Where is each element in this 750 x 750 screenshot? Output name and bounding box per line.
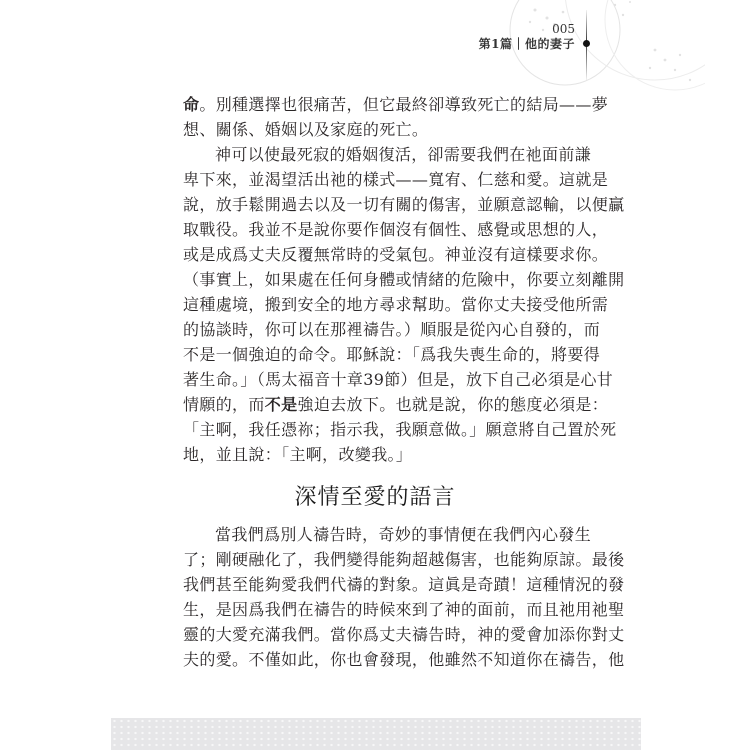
book-page: 005 第1篇｜他的妻子 命。別種選擇也很痛苦，但它最終卻導致死亡的結局——夢 … bbox=[0, 0, 750, 750]
text-line: 說，放手鬆開過去以及一切有關的傷害，並願意認輸，以便贏 bbox=[183, 192, 567, 217]
text-line: 情願的，而不是強迫去放下。也就是說，你的態度必須是： bbox=[183, 392, 567, 417]
bold-word: 不是 bbox=[265, 395, 298, 414]
body-text-section-2: 當我們爲別人禱告時，奇妙的事情便在我們內心發生 了；剛硬融化了，我們變得能夠超越… bbox=[183, 522, 567, 672]
text-line: 的協談時，你可以在那裡禱告。）順服是從內心自發的，而 bbox=[183, 317, 567, 342]
text-line: 或是成爲丈夫反覆無常時的受氣包。神並沒有這樣要求你。 bbox=[183, 242, 567, 267]
text-line: 著生命。」（馬太福音十章39節）但是，放下自己必須是心甘 bbox=[183, 367, 567, 392]
text-line: 神可以使最死寂的婚姻復活，卻需要我們在祂面前謙 bbox=[183, 142, 567, 167]
section-heading: 深情至愛的語言 bbox=[0, 484, 750, 512]
running-head: 005 第1篇｜他的妻子 bbox=[479, 22, 575, 52]
text-line: 當我們爲別人禱告時，奇妙的事情便在我們內心發生 bbox=[183, 522, 567, 547]
page-number: 005 bbox=[479, 22, 575, 36]
text-line: 取戰役。我並不是說你要作個沒有個性、感覺或思想的人， bbox=[183, 217, 567, 242]
line-text: 強迫去放下。也就是說，你的態度必須是： bbox=[297, 395, 608, 414]
text-line: 這種處境，搬到安全的地方尋求幫助。當你丈夫接受他所需 bbox=[183, 292, 567, 317]
text-line: 了；剛硬融化了，我們變得能夠超越傷害，也能夠原諒。最後 bbox=[183, 547, 567, 572]
chapter-title: 第1篇｜他的妻子 bbox=[479, 36, 575, 52]
line-text: 。別種選擇也很痛苦，但它最終卻導致死亡的結局——夢 bbox=[199, 95, 608, 114]
line-text: 情願的，而 bbox=[183, 395, 265, 414]
text-line: 我們甚至能夠愛我們代禱的對象。這眞是奇蹟！這種情況的發 bbox=[183, 572, 567, 597]
dotted-footer-band bbox=[111, 718, 641, 750]
text-line: 夫的愛。不僅如此，你也會發現，他雖然不知道你在禱告，他 bbox=[183, 647, 567, 672]
text-line: 地，並且說：「主啊，改變我。」 bbox=[183, 442, 567, 467]
running-head-bullet bbox=[583, 40, 590, 47]
text-line: 不是一個強迫的命令。耶穌說：「爲我失喪生命的，將要得 bbox=[183, 342, 567, 367]
text-line: 卑下來，並渴望活出祂的樣式——寬宥、仁慈和愛。這就是 bbox=[183, 167, 567, 192]
text-line: 靈的大愛充滿我們。當你爲丈夫禱告時，神的愛會加添你對丈 bbox=[183, 622, 567, 647]
text-line: 想、關係、婚姻以及家庭的死亡。 bbox=[183, 117, 567, 142]
text-line: 「主啊，我任憑祢；指示我，我願意做。」願意將自己置於死 bbox=[183, 417, 567, 442]
body-text-section-1: 命。別種選擇也很痛苦，但它最終卻導致死亡的結局——夢 想、關係、婚姻以及家庭的死… bbox=[183, 92, 567, 467]
text-line: （事實上，如果處在任何身體或情緒的危險中，你要立刻離開 bbox=[183, 267, 567, 292]
text-line: 命。別種選擇也很痛苦，但它最終卻導致死亡的結局——夢 bbox=[183, 92, 567, 117]
text-line: 生，是因爲我們在禱告的時候來到了神的面前，而且祂用祂聖 bbox=[183, 597, 567, 622]
bold-word: 命 bbox=[183, 95, 199, 114]
